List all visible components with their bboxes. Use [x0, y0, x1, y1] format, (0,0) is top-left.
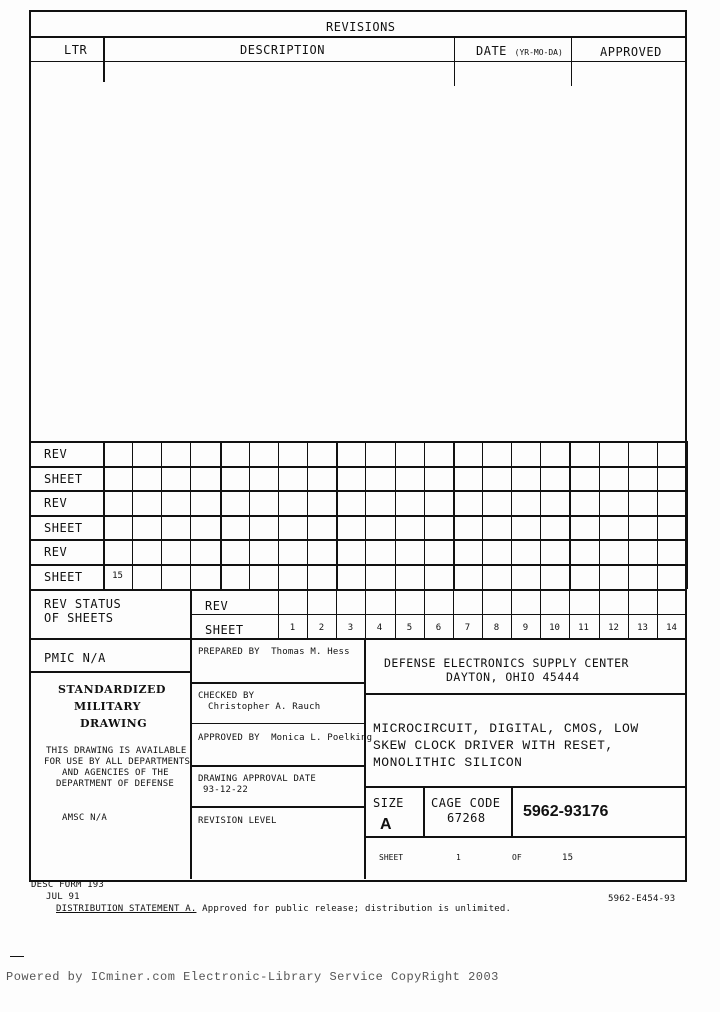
- divider: [424, 441, 425, 589]
- divider: [103, 441, 105, 589]
- divider: [365, 441, 366, 589]
- divider: [190, 589, 192, 879]
- divider: [30, 36, 686, 38]
- divider: [249, 441, 250, 589]
- powered-by: Powered by ICminer.com Electronic-Librar…: [6, 970, 499, 984]
- divider: [540, 441, 541, 589]
- smd-line-3: DRAWING: [80, 717, 147, 730]
- of-label: OF: [512, 853, 522, 862]
- divider: [278, 441, 279, 589]
- cage-code-label: CAGE CODE: [431, 796, 501, 810]
- divider: [307, 441, 308, 589]
- divider: [511, 441, 512, 589]
- divider: [571, 36, 572, 86]
- availability-2: FOR USE BY ALL DEPARTMENTS: [44, 757, 190, 767]
- availability-1: THIS DRAWING IS AVAILABLE: [46, 746, 186, 756]
- distribution-text: Approved for public release; distributio…: [196, 904, 511, 914]
- divider: [30, 441, 686, 443]
- sheet-number-cell: 3: [336, 623, 365, 633]
- title-line-3: MONOLITHIC SILICON: [373, 755, 522, 770]
- rev-status-label-1: REV STATUS: [44, 597, 121, 611]
- smd-line-1: STANDARDIZED: [58, 683, 166, 696]
- divider: [30, 61, 686, 62]
- divider: [30, 490, 686, 492]
- sheet-number-cell: 4: [365, 623, 394, 633]
- sheet-label: SHEET: [379, 853, 403, 862]
- divider: [599, 441, 600, 589]
- divider: [30, 515, 686, 517]
- drawing-number: 5962-93176: [523, 803, 608, 821]
- divider: [30, 466, 686, 468]
- sheet-number-cell: 14: [657, 623, 686, 633]
- sheet-number-cell: 11: [569, 623, 598, 633]
- divider: [103, 36, 105, 82]
- divider: [657, 441, 658, 589]
- approved-by-name: Monica L. Poelking: [271, 733, 372, 743]
- checked-by-name: Christopher A. Rauch: [208, 702, 320, 712]
- divider: [190, 765, 365, 767]
- size-label: SIZE: [373, 796, 404, 810]
- col-description: DESCRIPTION: [240, 43, 325, 57]
- doc-code: 5962-E454-93: [608, 894, 675, 904]
- divider: [364, 693, 686, 695]
- divider: [395, 441, 396, 589]
- availability-3: AND AGENCIES OF THE: [62, 768, 169, 778]
- divider: [190, 682, 365, 684]
- divider: [220, 441, 222, 589]
- amsc: AMSC N/A: [62, 813, 107, 823]
- col-date: DATE (YR-MO-DA): [476, 44, 563, 58]
- date-format: (YR-MO-DA): [515, 48, 563, 57]
- divider: [336, 441, 338, 589]
- divider: [569, 441, 571, 589]
- divider: [30, 589, 686, 591]
- stray-mark: [10, 956, 24, 957]
- pmic: PMIC N/A: [44, 651, 106, 665]
- grid-row-label: REV: [44, 447, 67, 461]
- approved-by: APPROVED BY Monica L. Poelking: [198, 733, 372, 743]
- divider: [161, 441, 162, 589]
- grid-row-label: SHEET: [44, 570, 83, 584]
- grid-row-label: REV: [44, 545, 67, 559]
- prepared-by: PREPARED BY Thomas M. Hess: [198, 647, 350, 657]
- divider: [190, 723, 365, 724]
- prepared-by-name: Thomas M. Hess: [271, 647, 350, 657]
- sheet-number-cell: 13: [628, 623, 657, 633]
- smd-line-2: MILITARY: [74, 700, 141, 713]
- divider: [453, 441, 455, 589]
- sheet-number-cell: 7: [453, 623, 482, 633]
- grid-row-label: SHEET: [44, 521, 83, 535]
- divider: [628, 441, 629, 589]
- grid-cell: 15: [103, 571, 132, 581]
- title-line-1: MICROCIRCUIT, DIGITAL, CMOS, LOW: [373, 721, 639, 736]
- sheet-number: 1: [456, 853, 461, 862]
- divider: [132, 441, 133, 589]
- size-value: A: [380, 816, 392, 834]
- grid-row-label: REV: [44, 496, 67, 510]
- divider: [686, 589, 687, 638]
- divider: [364, 638, 366, 879]
- divider: [686, 441, 688, 589]
- col-ltr: LTR: [64, 43, 87, 57]
- sheet-total: 15: [562, 853, 573, 863]
- sheet-number-cell: 1: [278, 623, 307, 633]
- grid-row-label: SHEET: [44, 472, 83, 486]
- distribution-statement: DISTRIBUTION STATEMENT A. Approved for p…: [56, 904, 511, 914]
- sheet-number-cell: 8: [482, 623, 511, 633]
- rev-status-sheet-label: SHEET: [205, 623, 244, 637]
- title-line-2: SKEW CLOCK DRIVER WITH RESET,: [373, 738, 614, 753]
- divider: [482, 441, 483, 589]
- form-number: DESC FORM 193: [31, 880, 104, 890]
- divider: [30, 539, 686, 541]
- divider: [364, 836, 686, 838]
- sheet-number-cell: 2: [307, 623, 336, 633]
- approval-date: 93-12-22: [203, 785, 248, 795]
- sheet-number-cell: 12: [599, 623, 628, 633]
- distribution-heading: DISTRIBUTION STATEMENT A.: [56, 904, 196, 914]
- divider: [364, 786, 686, 788]
- checked-by-label: CHECKED BY: [198, 691, 254, 701]
- approval-date-label: DRAWING APPROVAL DATE: [198, 774, 316, 784]
- sheet-number-cell: 5: [395, 623, 424, 633]
- divider: [30, 671, 190, 673]
- rev-status-label-2: OF SHEETS: [44, 611, 114, 625]
- revisions-title: REVISIONS: [326, 20, 396, 34]
- divider: [511, 786, 513, 836]
- divider: [423, 786, 425, 836]
- divider: [30, 638, 686, 640]
- divider: [190, 806, 365, 808]
- sheet-number-cell: 6: [424, 623, 453, 633]
- form-date: JUL 91: [46, 892, 80, 902]
- availability-4: DEPARTMENT OF DEFENSE: [56, 779, 174, 789]
- col-approved: APPROVED: [600, 45, 662, 59]
- sheet-number-cell: 10: [540, 623, 569, 633]
- revision-level-label: REVISION LEVEL: [198, 816, 277, 826]
- rev-status-rev-label: REV: [205, 599, 228, 613]
- divider: [454, 36, 455, 86]
- divider: [190, 441, 191, 589]
- cage-code: 67268: [447, 811, 486, 825]
- agency-line-1: DEFENSE ELECTRONICS SUPPLY CENTER: [384, 656, 629, 670]
- divider: [190, 614, 686, 615]
- divider: [30, 564, 686, 566]
- agency-line-2: DAYTON, OHIO 45444: [446, 670, 580, 684]
- sheet-number-cell: 9: [511, 623, 540, 633]
